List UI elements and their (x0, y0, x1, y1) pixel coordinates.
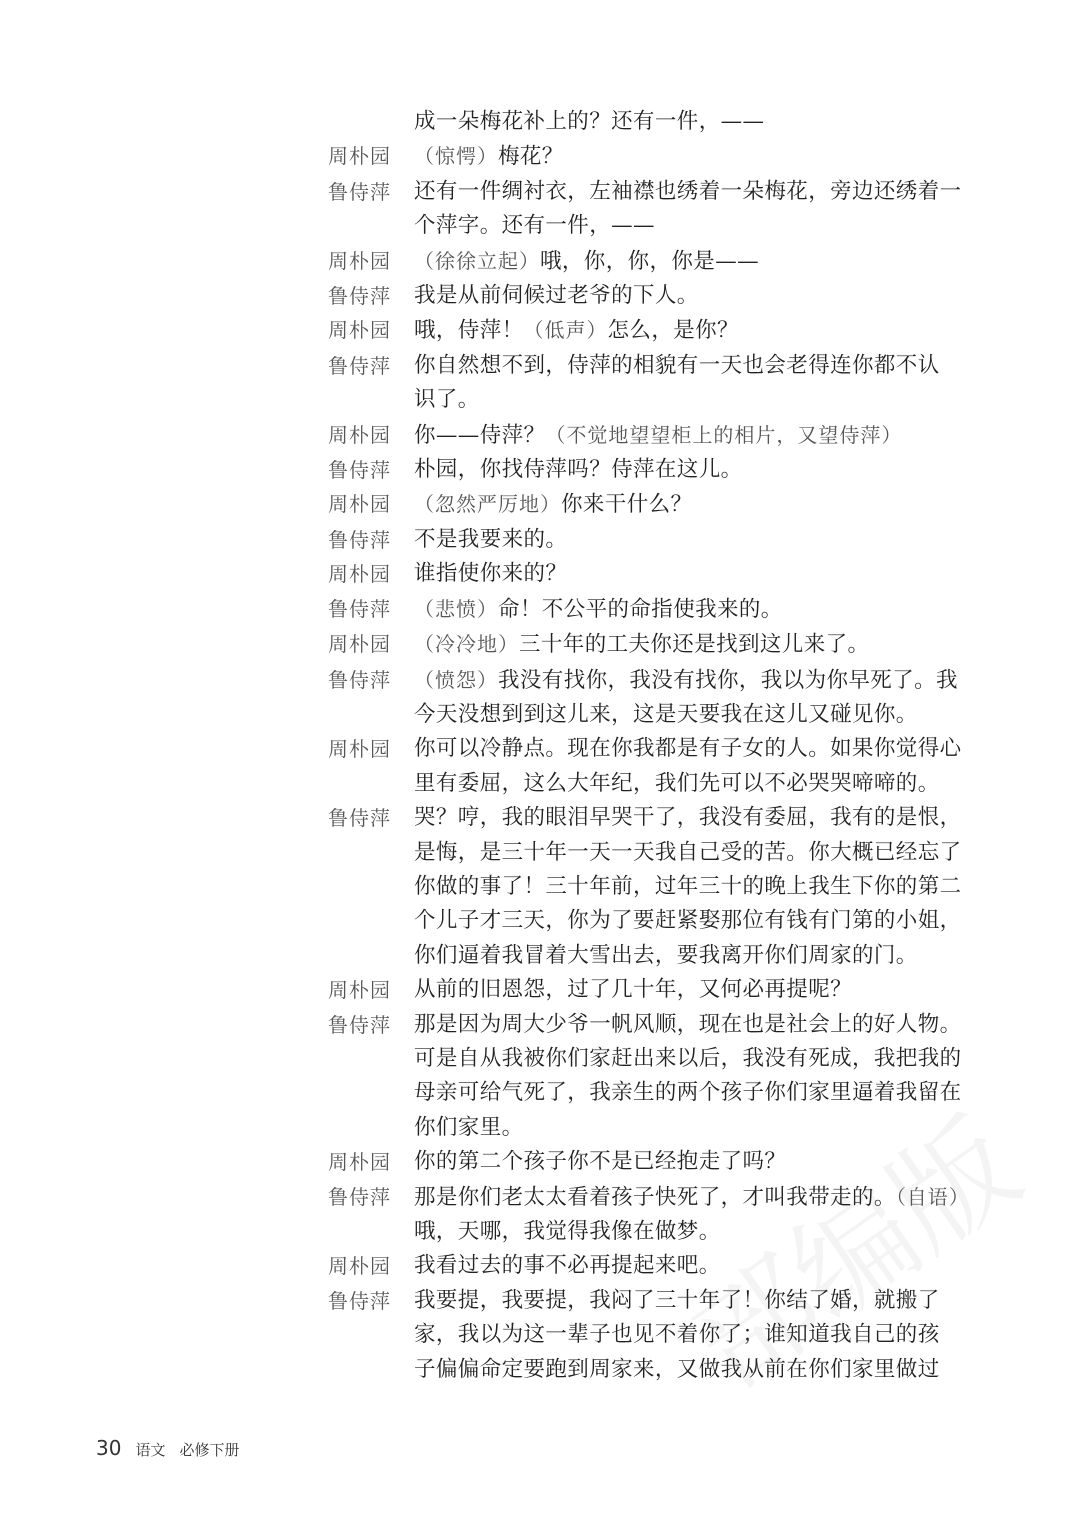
stage-direction: （不觉地望望柜上的相片，又望侍萍） (545, 423, 902, 447)
speech-line: 你自然想不到，侍萍的相貌有一天也会老得连你都不认 (414, 349, 968, 383)
dialogue-turn: 周朴园你的第二个孩子你不是已经抱走了吗？ (328, 1145, 968, 1179)
dialogue-turn: 周朴园（忽然严厉地）你来干什么？ (328, 487, 968, 522)
speech-text: 你——侍萍？（不觉地望望柜上的相片，又望侍萍） (414, 418, 968, 453)
speech-line: （惊愕）梅花？ (414, 139, 968, 174)
spoken-text: 子偏偏命定要跑到周家来，又做我从前在你们家里做过 (414, 1357, 940, 1382)
speech-line: 成一朵梅花补上的？还有一件，—— (414, 105, 968, 139)
speech-text: 那是因为周大少爷一帆风顺，现在也是社会上的好人物。可是自从我被你们家赶出来以后，… (414, 1008, 968, 1146)
speaker-name: 周朴园 (328, 732, 414, 766)
dialogue-turn: 鲁侍萍哭？哼，我的眼泪早哭干了，我没有委屈，我有的是恨，是悔，是三十年一天一天我… (328, 801, 968, 973)
spoken-text: 还有一件绸衬衣，左袖襟也绣着一朵梅花，旁边还绣着一 (414, 179, 962, 204)
dialogue-turn: 周朴园哦，侍萍！（低声）怎么，是你？ (328, 313, 968, 348)
spoken-text: 可是自从我被你们家赶出来以后，我没有死成，我把我的 (414, 1046, 962, 1071)
speech-line: 个儿子才三天，你为了要赶紧娶那位有钱有门第的小姐， (414, 904, 968, 938)
spoken-text: 怎么，是你？ (608, 318, 739, 343)
spoken-text: 你来干什么？ (561, 492, 692, 517)
footer-volume: 必修下册 (179, 1439, 239, 1460)
speech-text: 哭？哼，我的眼泪早哭干了，我没有委屈，我有的是恨，是悔，是三十年一天一天我自己受… (414, 801, 968, 973)
dialogue-turn: 鲁侍萍我是从前伺候过老爷的下人。 (328, 279, 968, 313)
textbook-page: 部编版 成一朵梅花补上的？还有一件，——周朴园（惊愕）梅花？鲁侍萍还有一件绸衬衣… (0, 0, 1080, 1527)
speaker-name: 周朴园 (328, 973, 414, 1007)
speech-line: 还有一件绸衬衣，左袖襟也绣着一朵梅花，旁边还绣着一 (414, 175, 968, 209)
spoken-text: 是悔，是三十年一天一天我自己受的苦。你大概已经忘了 (414, 840, 962, 865)
spoken-text: 你们逼着我冒着大雪出去，要我离开你们周家的门。 (414, 943, 918, 968)
spoken-text: 你自然想不到，侍萍的相貌有一天也会老得连你都不认 (414, 353, 940, 378)
spoken-text: 家，我以为这一辈子也见不着你了；谁知道我自己的孩 (414, 1322, 940, 1347)
dialogue-turn: 周朴园谁指使你来的？ (328, 557, 968, 591)
speech-line: 可是自从我被你们家赶出来以后，我没有死成，我把我的 (414, 1042, 968, 1076)
speech-text: 成一朵梅花补上的？还有一件，—— (414, 105, 968, 139)
stage-direction: （惊愕） (414, 144, 498, 168)
speech-line: 个萍字。还有一件，—— (414, 209, 968, 243)
spoken-text: 个儿子才三天，你为了要赶紧娶那位有钱有门第的小姐， (414, 908, 962, 933)
dialogue-turn: 鲁侍萍我要提，我要提，我闷了三十年了！你结了婚，就搬了家，我以为这一辈子也见不着… (328, 1284, 968, 1387)
dialogue-turn: 周朴园从前的旧恩怨，过了几十年，又何必再提呢？ (328, 973, 968, 1007)
speaker-name: 鲁侍萍 (328, 523, 414, 557)
spoken-text: 你的第二个孩子你不是已经抱走了吗？ (414, 1149, 786, 1174)
spoken-text: 哭？哼，我的眼泪早哭干了，我没有委屈，我有的是恨， (414, 805, 962, 830)
speaker-name: 周朴园 (328, 139, 414, 173)
speech-line: 里有委屈，这么大年纪，我们先可以不必哭哭啼啼的。 (414, 767, 968, 801)
play-dialogue: 成一朵梅花补上的？还有一件，——周朴园（惊愕）梅花？鲁侍萍还有一件绸衬衣，左袖襟… (328, 105, 968, 1387)
speech-line: 子偏偏命定要跑到周家来，又做我从前在你们家里做过 (414, 1353, 968, 1387)
speaker-name: 周朴园 (328, 557, 414, 591)
speech-text: （徐徐立起）哦，你，你，你是—— (414, 244, 968, 279)
speech-line: 你们逼着我冒着大雪出去，要我离开你们周家的门。 (414, 939, 968, 973)
spoken-text: 我没有找你，我没有找你，我以为你早死了。我 (498, 668, 958, 693)
speech-text: 哦，侍萍！（低声）怎么，是你？ (414, 313, 968, 348)
spoken-text: 我看过去的事不必再提起来吧。 (414, 1253, 721, 1278)
speaker-name: 周朴园 (328, 1145, 414, 1179)
spoken-text: 梅花？ (498, 144, 564, 169)
speech-line: 从前的旧恩怨，过了几十年，又何必再提呢？ (414, 973, 968, 1007)
speech-line: 那是因为周大少爷一帆风顺，现在也是社会上的好人物。 (414, 1008, 968, 1042)
speaker-name: 鲁侍萍 (328, 175, 414, 209)
dialogue-turn: 周朴园（冷冷地）三十年的工夫你还是找到这儿来了。 (328, 627, 968, 662)
speech-text: 不是我要来的。 (414, 523, 968, 557)
speech-text: 你自然想不到，侍萍的相貌有一天也会老得连你都不认识了。 (414, 349, 968, 418)
spoken-text: 朴园，你找侍萍吗？侍萍在这儿。 (414, 457, 743, 482)
speech-text: 朴园，你找侍萍吗？侍萍在这儿。 (414, 453, 968, 487)
spoken-text: 个萍字。还有一件，—— (414, 213, 655, 238)
speaker-name: 鲁侍萍 (328, 279, 414, 313)
speech-line: 我看过去的事不必再提起来吧。 (414, 1249, 968, 1283)
speech-text: 那是你们老太太看着孩子快死了，才叫我带走的。（自语）哦，天哪，我觉得我像在做梦。 (414, 1180, 970, 1250)
speech-line: （愤怨）我没有找你，我没有找你，我以为你早死了。我 (414, 663, 968, 698)
spoken-text: 你做的事了！三十年前，过年三十的晚上我生下你的第二 (414, 874, 962, 899)
dialogue-turn: 周朴园（徐徐立起）哦，你，你，你是—— (328, 244, 968, 279)
speech-text: 我要提，我要提，我闷了三十年了！你结了婚，就搬了家，我以为这一辈子也见不着你了；… (414, 1284, 968, 1387)
speaker-name: 鲁侍萍 (328, 592, 414, 626)
speech-text: 从前的旧恩怨，过了几十年，又何必再提呢？ (414, 973, 968, 1007)
speech-line: （徐徐立起）哦，你，你，你是—— (414, 244, 968, 279)
speaker-name: 鲁侍萍 (328, 1180, 414, 1214)
spoken-text: 谁指使你来的？ (414, 561, 567, 586)
dialogue-turn: 鲁侍萍你自然想不到，侍萍的相貌有一天也会老得连你都不认识了。 (328, 349, 968, 418)
spoken-text: 从前的旧恩怨，过了几十年，又何必再提呢？ (414, 977, 852, 1002)
speech-line: 哦，侍萍！（低声）怎么，是你？ (414, 313, 968, 348)
dialogue-turn: 周朴园（惊愕）梅花？ (328, 139, 968, 174)
speaker-name: 周朴园 (328, 418, 414, 452)
speech-line: 家，我以为这一辈子也见不着你了；谁知道我自己的孩 (414, 1318, 968, 1352)
spoken-text: 你们家里。 (414, 1115, 524, 1140)
spoken-text: 里有委屈，这么大年纪，我们先可以不必哭哭啼啼的。 (414, 771, 940, 796)
spoken-text: 哦，侍萍！ (414, 318, 524, 343)
speech-line: （悲愤）命！不公平的命指使我来的。 (414, 592, 968, 627)
spoken-text: 你——侍萍？ (414, 423, 545, 448)
speech-text: （悲愤）命！不公平的命指使我来的。 (414, 592, 968, 627)
speech-line: 我是从前伺候过老爷的下人。 (414, 279, 968, 313)
spoken-text: 母亲可给气死了，我亲生的两个孩子你们家里逼着我留在 (414, 1080, 962, 1105)
speaker-name: 鲁侍萍 (328, 663, 414, 697)
speaker-name: 鲁侍萍 (328, 1284, 414, 1318)
speaker-name: 周朴园 (328, 244, 414, 278)
dialogue-turn: 周朴园我看过去的事不必再提起来吧。 (328, 1249, 968, 1283)
speech-line: 谁指使你来的？ (414, 557, 968, 591)
speech-text: （惊愕）梅花？ (414, 139, 968, 174)
spoken-text: 命！不公平的命指使我来的。 (498, 597, 783, 622)
speech-line: 今天没想到到这儿来，这是天要我在这儿又碰见你。 (414, 698, 968, 732)
dialogue-turn: 周朴园你——侍萍？（不觉地望望柜上的相片，又望侍萍） (328, 418, 968, 453)
spoken-text: 哦，你，你，你是—— (540, 249, 759, 274)
speech-line: 你们家里。 (414, 1111, 968, 1145)
stage-direction: （自语） (896, 1185, 970, 1209)
speaker-name: 周朴园 (328, 1249, 414, 1283)
speech-text: 我看过去的事不必再提起来吧。 (414, 1249, 968, 1283)
speaker-name: 鲁侍萍 (328, 801, 414, 835)
speech-line: 你可以冷静点。现在你我都是有子女的人。如果你觉得心 (414, 732, 968, 766)
spoken-text: 你可以冷静点。现在你我都是有子女的人。如果你觉得心 (414, 736, 962, 761)
dialogue-turn: 成一朵梅花补上的？还有一件，—— (328, 105, 968, 139)
speech-text: （愤怨）我没有找你，我没有找你，我以为你早死了。我今天没想到到这儿来，这是天要我… (414, 663, 968, 733)
spoken-text: 三十年的工夫你还是找到这儿来了。 (519, 632, 869, 657)
page-number: 30 (96, 1436, 121, 1460)
speech-line: 哦，天哪，我觉得我像在做梦。 (414, 1215, 970, 1249)
speaker-name: 周朴园 (328, 313, 414, 347)
speaker-name: 鲁侍萍 (328, 349, 414, 383)
stage-direction: （徐徐立起） (414, 249, 540, 273)
spoken-text: 那是你们老太太看着孩子快死了，才叫我带走的。 (414, 1185, 896, 1210)
speech-text: （忽然严厉地）你来干什么？ (414, 487, 968, 522)
speech-text: （冷冷地）三十年的工夫你还是找到这儿来了。 (414, 627, 968, 662)
speech-line: 哭？哼，我的眼泪早哭干了，我没有委屈，我有的是恨， (414, 801, 968, 835)
speech-text: 谁指使你来的？ (414, 557, 968, 591)
spoken-text: 我要提，我要提，我闷了三十年了！你结了婚，就搬了 (414, 1288, 940, 1313)
speech-text: 你的第二个孩子你不是已经抱走了吗？ (414, 1145, 968, 1179)
dialogue-turn: 鲁侍萍那是你们老太太看着孩子快死了，才叫我带走的。（自语）哦，天哪，我觉得我像在… (328, 1180, 968, 1250)
stage-direction: （愤怨） (414, 668, 498, 692)
page-footer: 30 语文 必修下册 (96, 1436, 239, 1460)
speech-line: 你做的事了！三十年前，过年三十的晚上我生下你的第二 (414, 870, 968, 904)
stage-direction: （低声） (524, 318, 608, 342)
dialogue-turn: 鲁侍萍不是我要来的。 (328, 523, 968, 557)
speech-line: 识了。 (414, 383, 968, 417)
speaker-name: 鲁侍萍 (328, 1008, 414, 1042)
footer-subject: 语文 (135, 1439, 165, 1460)
spoken-text: 我是从前伺候过老爷的下人。 (414, 283, 699, 308)
spoken-text: 今天没想到到这儿来，这是天要我在这儿又碰见你。 (414, 702, 918, 727)
dialogue-turn: 周朴园你可以冷静点。现在你我都是有子女的人。如果你觉得心里有委屈，这么大年纪，我… (328, 732, 968, 801)
speaker-name: 鲁侍萍 (328, 453, 414, 487)
speech-line: 是悔，是三十年一天一天我自己受的苦。你大概已经忘了 (414, 836, 968, 870)
speech-line: 朴园，你找侍萍吗？侍萍在这儿。 (414, 453, 968, 487)
spoken-text: 不是我要来的。 (414, 527, 567, 552)
speech-line: （忽然严厉地）你来干什么？ (414, 487, 968, 522)
speaker-name: 周朴园 (328, 487, 414, 521)
speech-line: 你的第二个孩子你不是已经抱走了吗？ (414, 1145, 968, 1179)
stage-direction: （悲愤） (414, 597, 498, 621)
dialogue-turn: 鲁侍萍（悲愤）命！不公平的命指使我来的。 (328, 592, 968, 627)
spoken-text: 那是因为周大少爷一帆风顺，现在也是社会上的好人物。 (414, 1012, 962, 1037)
speech-text: 还有一件绸衬衣，左袖襟也绣着一朵梅花，旁边还绣着一个萍字。还有一件，—— (414, 175, 968, 244)
speech-line: （冷冷地）三十年的工夫你还是找到这儿来了。 (414, 627, 968, 662)
dialogue-turn: 鲁侍萍（愤怨）我没有找你，我没有找你，我以为你早死了。我今天没想到到这儿来，这是… (328, 663, 968, 733)
speech-line: 你——侍萍？（不觉地望望柜上的相片，又望侍萍） (414, 418, 968, 453)
speech-line: 母亲可给气死了，我亲生的两个孩子你们家里逼着我留在 (414, 1076, 968, 1110)
speaker-name: 周朴园 (328, 627, 414, 661)
dialogue-turn: 鲁侍萍朴园，你找侍萍吗？侍萍在这儿。 (328, 453, 968, 487)
speech-text: 我是从前伺候过老爷的下人。 (414, 279, 968, 313)
speech-line: 不是我要来的。 (414, 523, 968, 557)
spoken-text: 识了。 (414, 387, 480, 412)
dialogue-turn: 鲁侍萍还有一件绸衬衣，左袖襟也绣着一朵梅花，旁边还绣着一个萍字。还有一件，—— (328, 175, 968, 244)
dialogue-turn: 鲁侍萍那是因为周大少爷一帆风顺，现在也是社会上的好人物。可是自从我被你们家赶出来… (328, 1008, 968, 1146)
stage-direction: （冷冷地） (414, 632, 519, 656)
spoken-text: 成一朵梅花补上的？还有一件，—— (414, 109, 764, 134)
stage-direction: （忽然严厉地） (414, 492, 561, 516)
spoken-text: 哦，天哪，我觉得我像在做梦。 (414, 1219, 721, 1244)
speech-text: 你可以冷静点。现在你我都是有子女的人。如果你觉得心里有委屈，这么大年纪，我们先可… (414, 732, 968, 801)
speech-line: 我要提，我要提，我闷了三十年了！你结了婚，就搬了 (414, 1284, 968, 1318)
speech-line: 那是你们老太太看着孩子快死了，才叫我带走的。（自语） (414, 1180, 970, 1215)
